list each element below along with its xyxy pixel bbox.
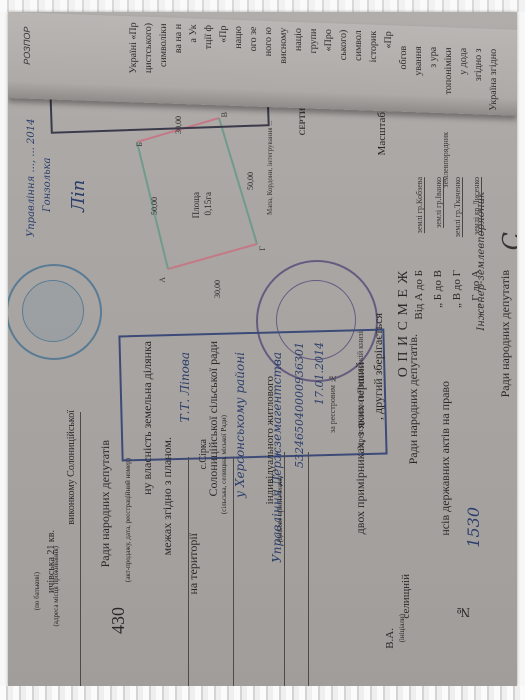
fold-text-line: з ура (428, 47, 439, 68)
photo-frame: РОЗПОР Україні «Прцистського)символікива… (0, 0, 525, 700)
fold-text-line: «Пр (218, 25, 229, 43)
fold-text-line: обгов (398, 46, 409, 70)
boundary-row-label: „ В до Г (451, 270, 463, 308)
plot-point-b: Б (135, 142, 144, 147)
form-text: № (456, 604, 472, 619)
side-vg-length: 50,00 (246, 172, 255, 190)
registration-number: 532465040000936301 (293, 342, 306, 468)
form-rule (284, 452, 285, 686)
fold-text-line: ного ю (263, 27, 274, 57)
form-text: Ради народних депутатів. (406, 334, 421, 464)
form-text: індивідуального житлового (264, 376, 276, 504)
fold-text-line: нацю (233, 26, 244, 49)
registration-number-label: за реєстровим № (328, 374, 337, 433)
plot-point-g: Г (258, 246, 267, 251)
scale-label: Масштаб (376, 112, 388, 155)
fold-text-line: ування (413, 46, 424, 76)
surveyor-signature: С (498, 232, 517, 250)
fold-text-line: «Про (323, 29, 334, 52)
form-text: (по батькові) (33, 572, 41, 610)
form-text: ну власність земельна ділянка (140, 341, 155, 495)
frame-edge-right (517, 12, 525, 686)
form-text: (цільове призначення) (276, 476, 284, 542)
form-text: виконкому Солониційської (66, 410, 77, 525)
fold-text-line: а Ук (188, 24, 199, 42)
plot-area-label: Площа (191, 192, 201, 218)
form-text: селищній (400, 574, 412, 619)
form-rule (308, 452, 309, 686)
fold-text-line: символіки (158, 23, 169, 67)
plot-area-value: 0,15га (203, 192, 213, 215)
plot-point-a: А (158, 277, 167, 283)
fold-text-line: групи (308, 28, 319, 53)
form-text: , другий зберігається (371, 313, 386, 420)
form-rule (80, 412, 81, 686)
form-text: (адреса місця проживання) (52, 546, 60, 627)
form-text: нсів державних актів на право (438, 381, 453, 536)
fold-text-line: висному (278, 27, 289, 63)
form-text: Солониційської сільської ради (206, 341, 221, 497)
fold-text-line: «Пр (383, 31, 394, 49)
frame-edge-left (0, 12, 8, 686)
boundary-row-value: землі гр.Ткаченко (453, 177, 463, 237)
fold-text-line: ського) (338, 30, 349, 61)
fold-label: РОЗПОР (22, 26, 32, 64)
registration-box (118, 329, 387, 462)
form-text: (акт-продажу, дата, реєстраційний номер) (124, 458, 132, 582)
fold-text-line: націо (293, 28, 304, 51)
fold-text-line: тції ф (203, 25, 214, 50)
form-text: двох примірниках, з яких перший (353, 362, 368, 534)
side-ab-length: 50,00 (150, 197, 159, 215)
fine-print: Мапа, Кордони, інтегрування ... (266, 120, 274, 215)
boundary-row-label: Від А до Б (413, 270, 425, 320)
form-text: (сільська, селищна, міської Ради) (220, 415, 228, 514)
fold-text-line: у дода (458, 48, 469, 75)
fold-text-line: символ (353, 30, 364, 61)
form-text: Ради народних депутатів (498, 270, 513, 397)
fold-text-line: історик (368, 31, 379, 63)
fold-text-line: ва на н (173, 24, 184, 54)
form-rule (233, 457, 234, 686)
form-text: на території (186, 533, 201, 595)
surveyor-signature-label: Інженер-землевпорядник (476, 192, 487, 331)
side-ga-length: 30,00 (213, 280, 222, 298)
fold-text-line: топоніміки (443, 47, 454, 94)
boundary-row-value: землі гр.Іванко (434, 177, 444, 228)
fold-text-line: згідно з (473, 48, 484, 81)
form-text: В.А. (384, 628, 396, 649)
fold-text-line: Україна згідно (488, 49, 499, 111)
fold-text-line: ого зе (248, 26, 259, 51)
registration-place: у Херсонському районі (233, 352, 247, 498)
form-text: межах згідно з планом. (160, 437, 175, 555)
fold-text-line: цистського) (143, 23, 154, 74)
form-text: Ради народних депутатів (98, 440, 113, 567)
boundary-row-label: „ Б до В (432, 270, 444, 308)
boundary-row-value: землі гр.Кобзева (415, 177, 425, 233)
document-photo: РОЗПОР Україні «Прцистського)символікива… (8, 12, 517, 686)
form-text: 1530 (464, 507, 483, 548)
registration-date: 17.01.2014 (313, 342, 326, 405)
fold-text-line: Україні «Пр (128, 22, 139, 74)
folded-page: РОЗПОР Україні «Прцистського)символікива… (8, 12, 517, 116)
form-text: 430 (108, 607, 129, 634)
registration-signature: Т.Т. Ліпова (178, 352, 192, 422)
